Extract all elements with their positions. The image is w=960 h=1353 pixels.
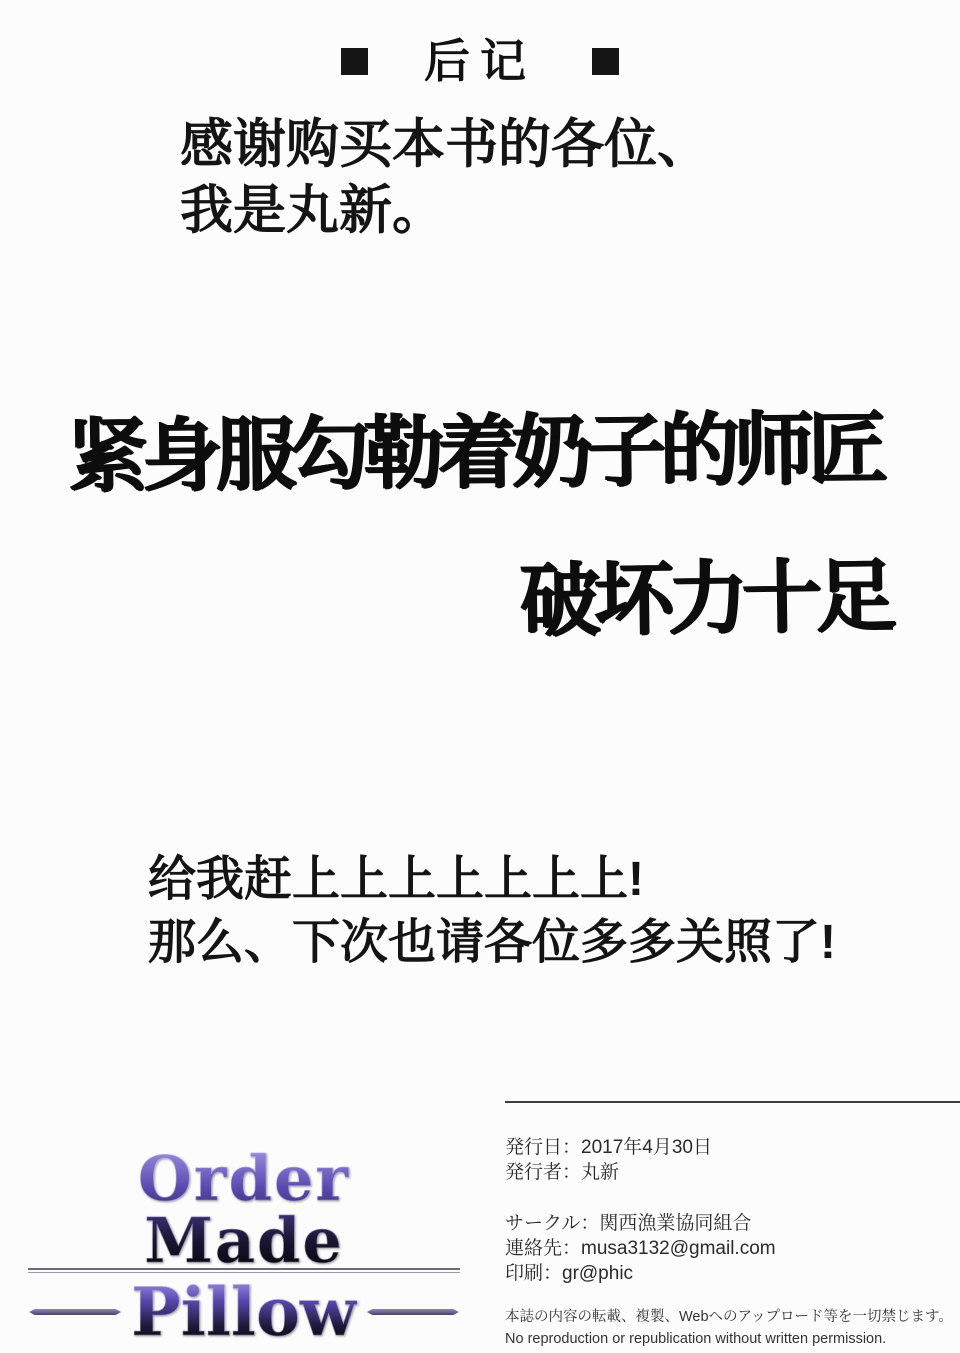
brush-message-line-2: 破坏力十足 bbox=[519, 531, 891, 651]
colophon-circle: サークル：関西漁業協同組合 bbox=[505, 1211, 960, 1236]
colophon-publish-date: 発行日：2017年4月30日 bbox=[505, 1135, 960, 1160]
logo-text-order-made: Order Made bbox=[28, 1148, 460, 1272]
logo-text-pillow: Pillow bbox=[131, 1279, 357, 1345]
logo-line-order-made: Order Made bbox=[28, 1148, 460, 1272]
closing-line-1: 给我赶上上上上上上上! bbox=[148, 848, 836, 911]
title-square-left-icon bbox=[341, 48, 368, 75]
closing-line-2: 那么、下次也请各位多多关照了! bbox=[148, 911, 836, 974]
logo-line-pillow: Pillow bbox=[28, 1279, 460, 1345]
logo-right-bar bbox=[367, 1309, 459, 1315]
page-title-text: 后记 bbox=[424, 38, 536, 84]
colophon-printer: 印刷：gr@phic bbox=[505, 1261, 960, 1286]
page-title: 后记 bbox=[0, 38, 960, 84]
logo-left-bar bbox=[29, 1309, 121, 1315]
greeting-paragraph: 感谢购买本书的各位、 我是丸新。 bbox=[180, 112, 710, 244]
brush-message-line-1: 紧身服勾勒着奶子的师匠 bbox=[67, 384, 882, 508]
colophon-block: 発行日：2017年4月30日 発行者：丸新 サークル：関西漁業協同組合 連絡先：… bbox=[505, 1101, 960, 1350]
colophon-contact-email: 連絡先：musa3132@gmail.com bbox=[505, 1236, 960, 1261]
copyright-notice-en: No reproduction or republication without… bbox=[505, 1328, 960, 1350]
afterword-page: 后记 感谢购买本书的各位、 我是丸新。 紧身服勾勒着奶子的师匠 破坏力十足 给我… bbox=[0, 0, 960, 1353]
title-square-right-icon bbox=[592, 48, 619, 75]
copyright-notice-jp: 本誌の内容の転載、複製、Webへのアップロード等を一切禁じます。 bbox=[505, 1306, 960, 1328]
closing-paragraph: 给我赶上上上上上上上! 那么、下次也请各位多多关照了! bbox=[148, 848, 836, 974]
copyright-notice: 本誌の内容の転載、複製、Webへのアップロード等を一切禁じます。 No repr… bbox=[505, 1306, 960, 1350]
colophon-top-rule bbox=[505, 1101, 960, 1103]
order-made-pillow-logo: Order Made Pillow bbox=[28, 1148, 460, 1345]
greeting-line-1: 感谢购买本书的各位、 bbox=[180, 112, 710, 178]
colophon-publisher: 発行者：丸新 bbox=[505, 1160, 960, 1185]
greeting-line-2: 我是丸新。 bbox=[180, 178, 710, 244]
